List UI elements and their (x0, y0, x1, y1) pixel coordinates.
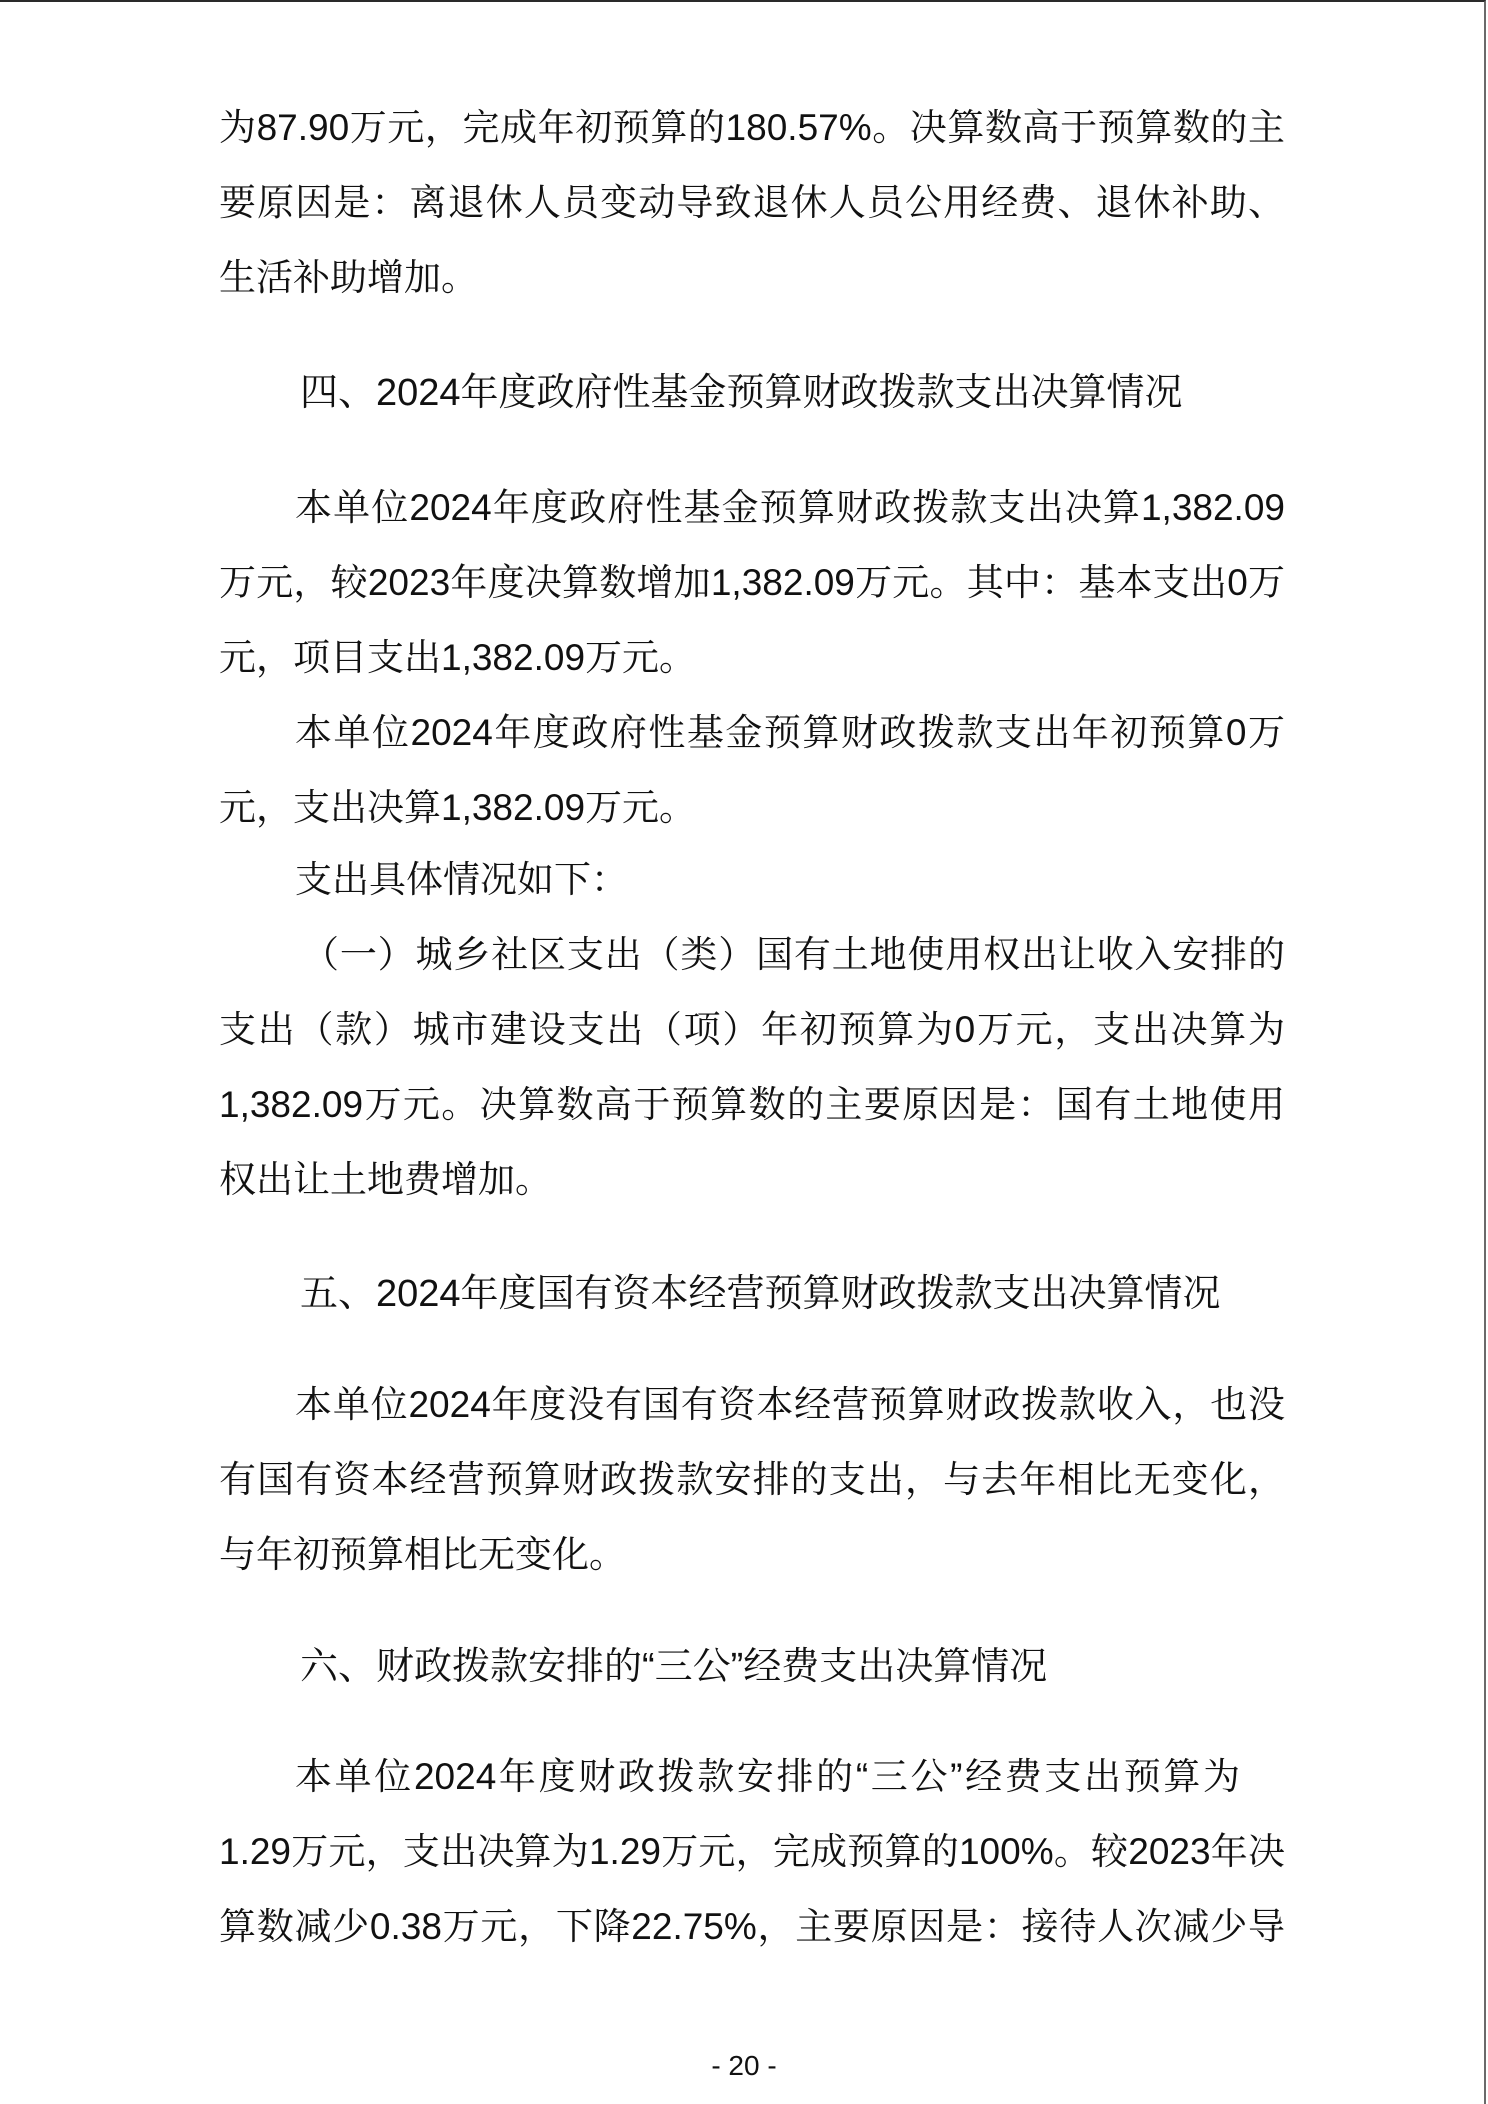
paragraph-line: 万元，较2023年度决算数增加1,382.09万元。其中：基本支出0万 (219, 561, 1285, 605)
paragraph-line: 要原因是：离退休人员变动导致退休人员公用经费、退休补助、 (219, 181, 1285, 225)
paragraph-line: 元，项目支出1,382.09万元。 (219, 636, 1285, 680)
paragraph-line: 生活补助增加。 (219, 256, 1285, 300)
paragraph-line: 为87.90万元，完成年初预算的180.57%。决算数高于预算数的主 (219, 106, 1285, 150)
paragraph-line: 1.29万元，支出决算为1.29万元，完成预算的100%。较2023年决 (219, 1830, 1285, 1874)
document-page: 为87.90万元，完成年初预算的180.57%。决算数高于预算数的主 要原因是：… (0, 0, 1486, 2104)
paragraph-line: 有国有资本经营预算财政拨款安排的支出，与去年相比无变化， (219, 1458, 1285, 1502)
paragraph-line: 与年初预算相比无变化。 (219, 1533, 1285, 1577)
section-heading-5: 五、2024年度国有资本经营预算财政拨款支出决算情况 (300, 1272, 1221, 1316)
list-item-line: 权出让土地费增加。 (219, 1158, 1285, 1202)
paragraph-line: 本单位2024年度财政拨款安排的“三公”经费支出预算为 (295, 1755, 1240, 1799)
section-heading-6: 六、财政拨款安排的“三公”经费支出决算情况 (300, 1645, 1047, 1689)
paragraph-line: 算数减少0.38万元，下降22.75%，主要原因是：接待人次减少导 (219, 1905, 1285, 1949)
paragraph-line: 本单位2024年度政府性基金预算财政拨款支出年初预算0万 (295, 711, 1285, 755)
page-number: - 20 - (0, 2048, 1488, 2084)
paragraph-line: 本单位2024年度没有国有资本经营预算财政拨款收入，也没 (295, 1383, 1285, 1427)
list-item-line: 支出（款）城市建设支出（项）年初预算为0万元，支出决算为 (219, 1008, 1285, 1052)
paragraph-line: 本单位2024年度政府性基金预算财政拨款支出决算1,382.09 (295, 486, 1285, 530)
paragraph-line: 支出具体情况如下： (295, 858, 1285, 902)
section-heading-4: 四、2024年度政府性基金预算财政拨款支出决算情况 (300, 371, 1183, 415)
paragraph-line: 元，支出决算1,382.09万元。 (219, 786, 1285, 830)
list-item-line: 1,382.09万元。决算数高于预算数的主要原因是：国有土地使用 (219, 1083, 1285, 1127)
list-item-line: （一）城乡社区支出（类）国有土地使用权出让收入安排的 (302, 933, 1285, 977)
